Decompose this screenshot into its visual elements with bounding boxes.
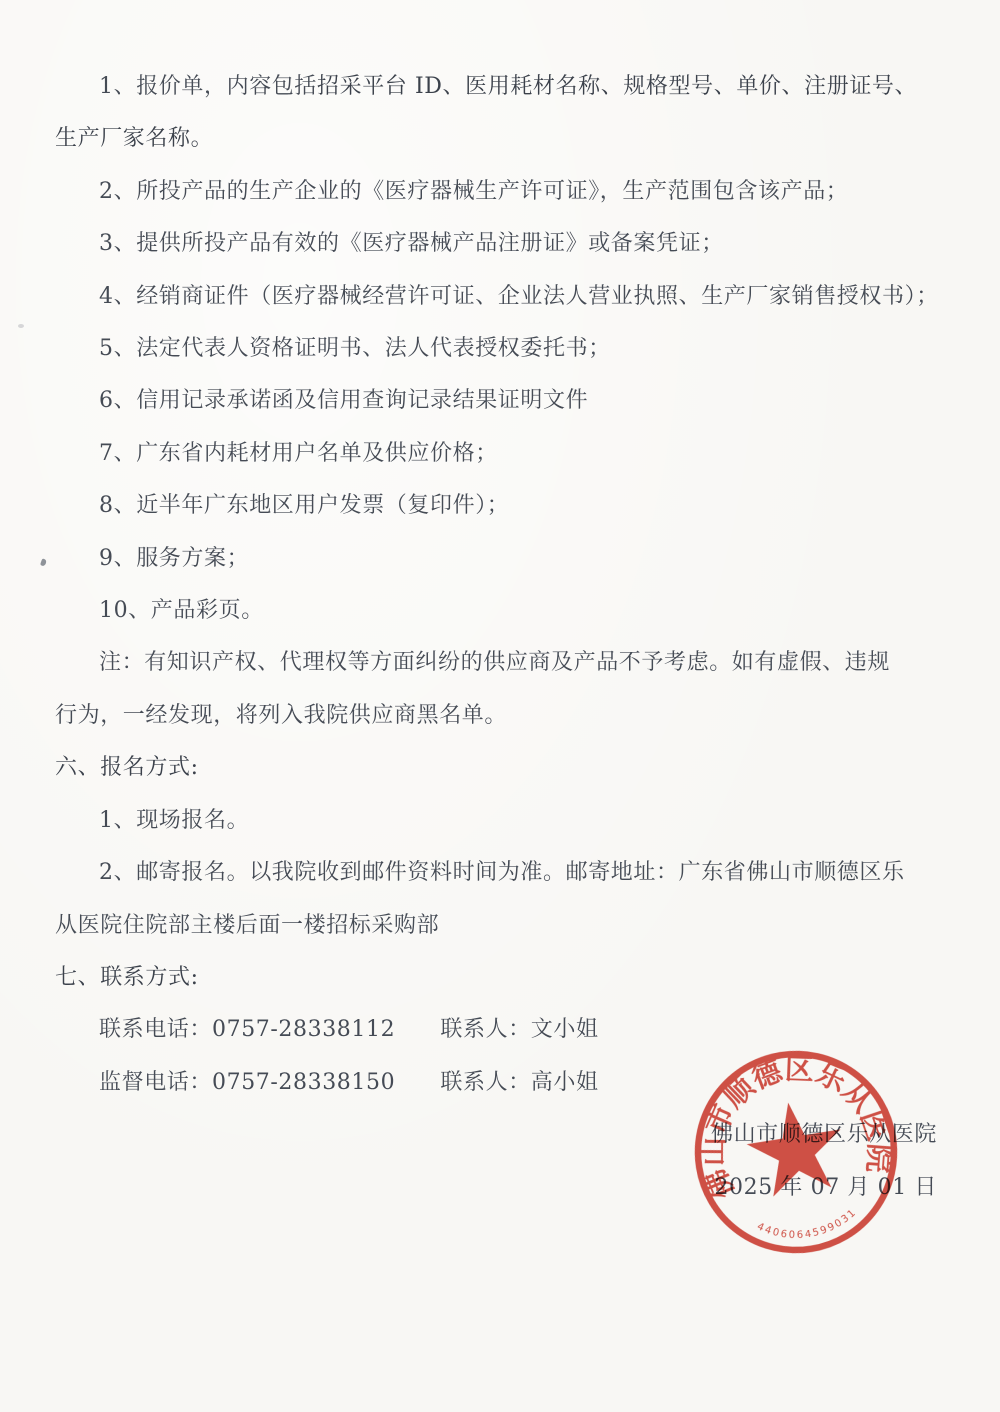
- item-7: 7、广东省内耗材用户名单及供应价格；: [55, 428, 955, 480]
- item-8: 8、近半年广东地区用户发票（复印件）；: [55, 480, 955, 532]
- item-1-line-2: 生产厂家名称。: [55, 113, 955, 165]
- signature-date: 2025 年 07 月 01 日: [55, 1162, 955, 1214]
- text-segment: 招采平台 ID、医用耗材名称、规格型号、单价、注册证号、: [317, 74, 917, 99]
- scan-artifact-speck: [40, 558, 47, 566]
- text-segment: 2、所投产品的生产企业的《医疗器械生产许可证》，生产范围包含该产品；: [99, 179, 848, 204]
- text-segment: 9、服务方案；: [99, 546, 249, 571]
- text-segment: 2、邮寄报名。以我院收到邮件资料时间为准。邮寄地址：广东省佛山市顺德区乐: [99, 860, 905, 885]
- section-6-item-2-line-1: 2、邮寄报名。以我院收到邮件资料时间为准。邮寄地址：广东省佛山市顺德区乐: [55, 847, 955, 899]
- text-segment: 2025 年 07 月 01 日: [714, 1175, 937, 1200]
- text-segment: 10、产品彩页。: [99, 598, 264, 623]
- text-segment: 六、报名方式:: [55, 755, 199, 780]
- contact-phone-line: 联系电话：0757-28338112 联系人：文小姐: [55, 1004, 955, 1056]
- text-segment: 生产厂家名称。: [55, 126, 213, 151]
- section-7-heading: 七、联系方式:: [55, 952, 955, 1004]
- item-1-line-1: 1、报价单，内容包括招采平台 ID、医用耗材名称、规格型号、单价、注册证号、: [55, 61, 955, 113]
- text-segment: 3、提供所投产品有效的《医疗器械产品注册证》或备案凭证；: [99, 231, 724, 256]
- item-10: 10、产品彩页。: [55, 585, 955, 637]
- text-segment: 5、法定代表人资格证明书、法人代表授权委托书；: [99, 336, 611, 361]
- scanned-document-page: 1、报价单，内容包括招采平台 ID、医用耗材名称、规格型号、单价、注册证号、生产…: [0, 0, 1000, 1412]
- text-segment: 1、现场报名。: [99, 808, 249, 833]
- item-5: 5、法定代表人资格证明书、法人代表授权委托书；: [55, 323, 955, 375]
- section-6-item-1: 1、现场报名。: [55, 795, 955, 847]
- item-3: 3、提供所投产品有效的《医疗器械产品注册证》或备案凭证；: [55, 218, 955, 270]
- text-segment: 6、信用记录承诺函及信用查询记录结果证明文件: [99, 388, 588, 413]
- text-segment: 7、广东省内耗材用户名单及供应价格；: [99, 441, 498, 466]
- text-segment: 联系电话：0757-28338112 联系人：文小姐: [99, 1017, 599, 1042]
- note-line-1: 注：有知识产权、代理权等方面纠纷的供应商及产品不予考虑。如有虚假、违规: [55, 637, 955, 689]
- text-segment: 1、报价单，内容包括: [99, 74, 317, 99]
- item-2: 2、所投产品的生产企业的《医疗器械生产许可证》，生产范围包含该产品；: [55, 166, 955, 218]
- text-segment: 七、联系方式:: [55, 965, 199, 990]
- section-6-heading: 六、报名方式:: [55, 742, 955, 794]
- note-line-2: 行为，一经发现，将列入我院供应商黑名单。: [55, 690, 955, 742]
- text-segment: 行为，一经发现，将列入我院供应商黑名单。: [55, 703, 507, 728]
- text-segment: 监督电话：0757-28338150 联系人：高小姐: [99, 1070, 599, 1095]
- text-segment: 8、近半年广东地区用户发票（复印件）；: [99, 493, 509, 518]
- item-6: 6、信用记录承诺函及信用查询记录结果证明文件: [55, 375, 955, 427]
- item-9: 9、服务方案；: [55, 533, 955, 585]
- supervision-phone-line: 监督电话：0757-28338150 联系人：高小姐: [55, 1057, 955, 1109]
- text-segment: 注：有知识产权、代理权等方面纠纷的供应商及产品不予考虑。如有虚假、违规: [99, 650, 890, 675]
- text-segment: 4、经销商证件（医疗器械经营许可证、企业法人营业执照、生产厂家销售授权书）；: [99, 284, 939, 309]
- section-6-item-2-line-2: 从医院住院部主楼后面一楼招标采购部: [55, 900, 955, 952]
- text-segment: 佛山市顺德区乐从医院: [711, 1122, 937, 1147]
- document-body: 1、报价单，内容包括招采平台 ID、医用耗材名称、规格型号、单价、注册证号、生产…: [55, 61, 955, 1214]
- scan-artifact-speck: [18, 324, 24, 328]
- text-segment: 从医院住院部主楼后面一楼招标采购部: [55, 913, 439, 938]
- item-4: 4、经销商证件（医疗器械经营许可证、企业法人营业执照、生产厂家销售授权书）；: [55, 271, 955, 323]
- signature-hospital-name: 佛山市顺德区乐从医院: [55, 1109, 955, 1161]
